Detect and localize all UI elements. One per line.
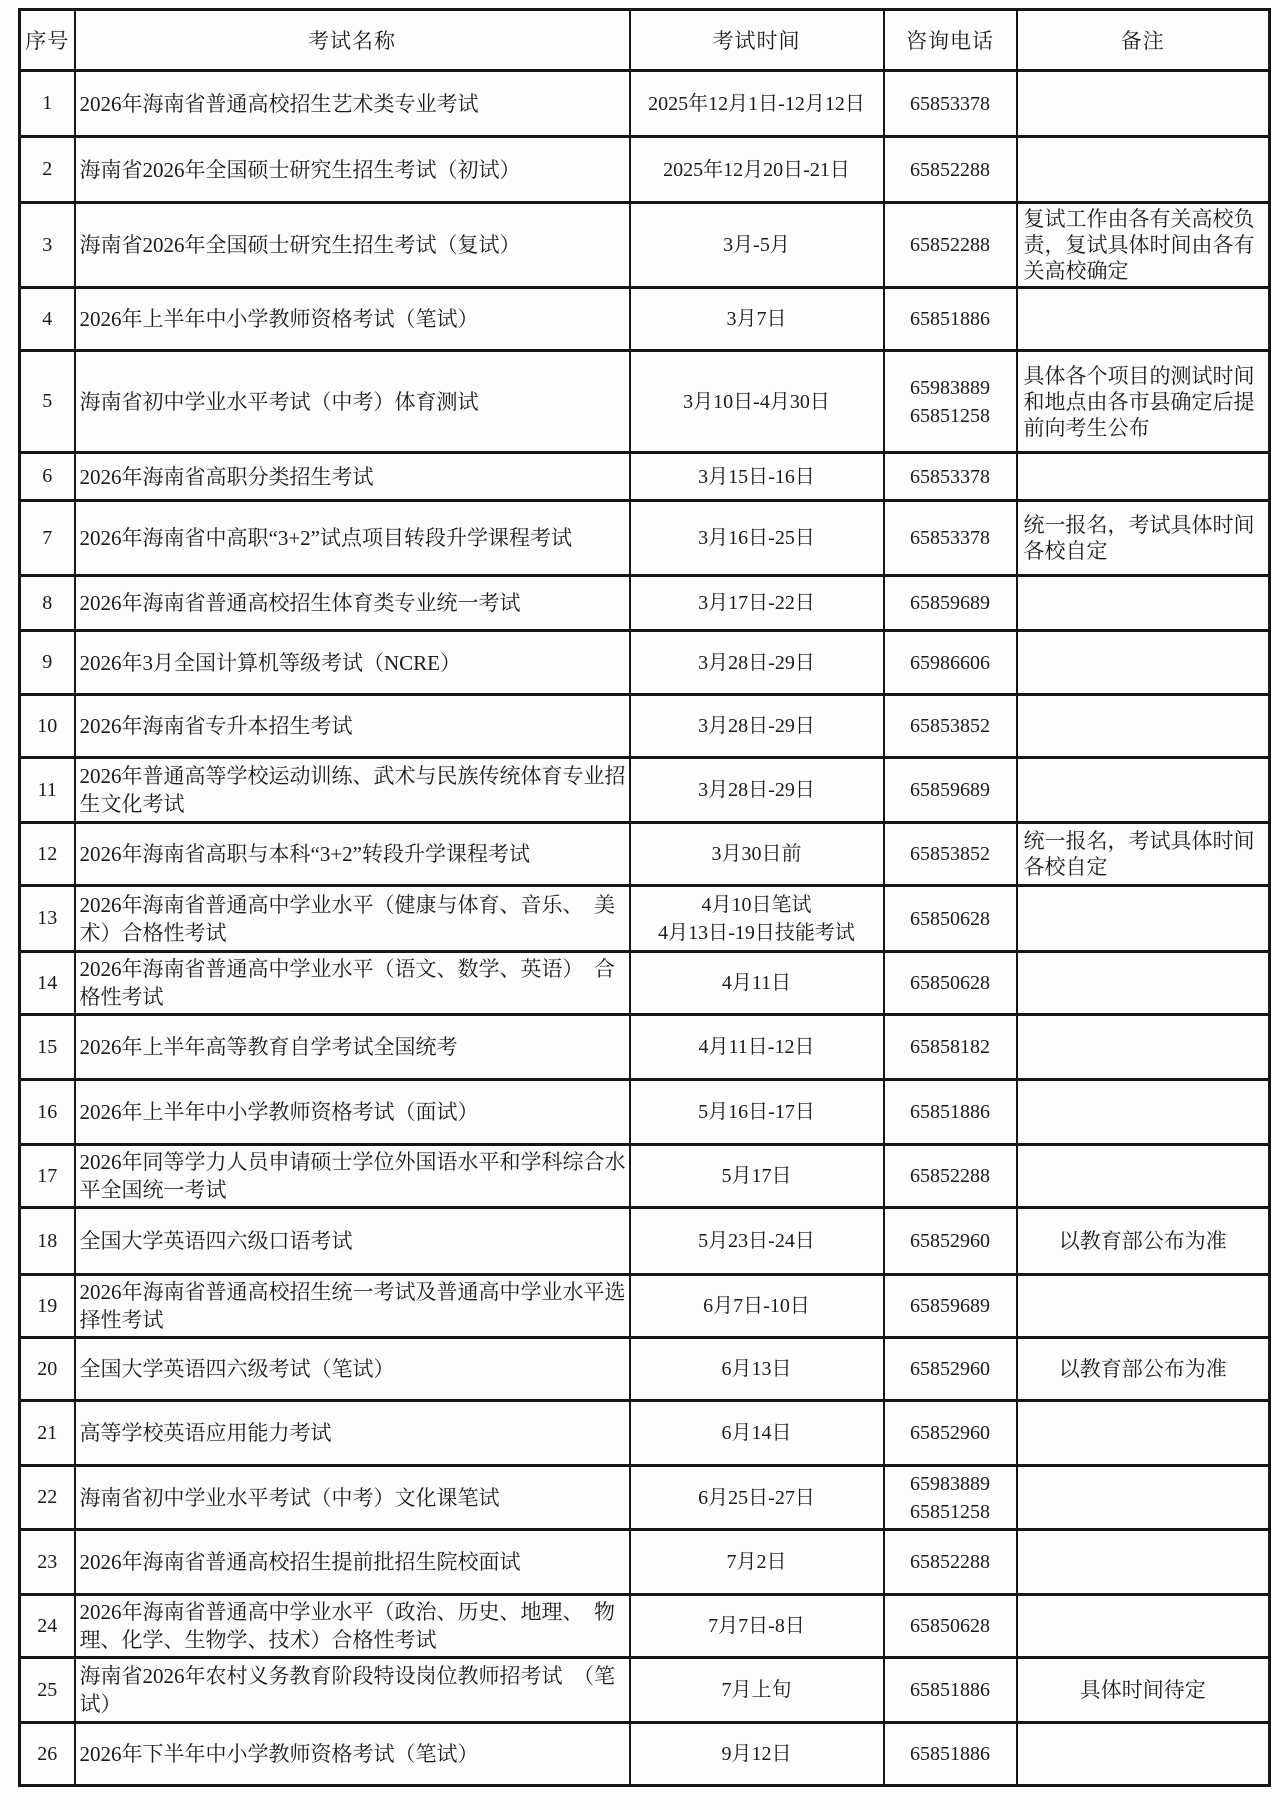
row-number-cell: 6: [20, 453, 75, 501]
table-row: 20全国大学英语四六级考试（笔试）6月13日65852960以教育部公布为准: [20, 1338, 1270, 1401]
exam-time-cell: 5月17日: [630, 1145, 884, 1208]
row-number-cell: 3: [20, 203, 75, 288]
table-header-row: 序号考试名称考试时间咨询电话备注: [20, 10, 1270, 71]
exam-name-cell: 2026年海南省高职分类招生考试: [75, 453, 630, 501]
table-row: 72026年海南省中高职“3+2”试点项目转段升学课程考试3月16日-25日65…: [20, 501, 1270, 576]
phone-cell: 65851886: [884, 1658, 1017, 1723]
exam-time-cell: 3月28日-29日: [630, 631, 884, 695]
exam-name-cell: 2026年海南省中高职“3+2”试点项目转段升学课程考试: [75, 501, 630, 576]
note-cell: 以教育部公布为准: [1017, 1208, 1270, 1275]
table-row: 102026年海南省专升本招生考试3月28日-29日65853852: [20, 695, 1270, 758]
note-cell: 统一报名，考试具体时间各校自定: [1017, 501, 1270, 576]
table-row: 2海南省2026年全国硕士研究生招生考试（初试）2025年12月20日-21日6…: [20, 137, 1270, 203]
exam-time-cell: 6月13日: [630, 1338, 884, 1401]
table-row: 18全国大学英语四六级口语考试5月23日-24日65852960以教育部公布为准: [20, 1208, 1270, 1275]
row-number-cell: 2: [20, 137, 75, 203]
phone-cell: 65859689: [884, 758, 1017, 823]
table-row: 25海南省2026年农村义务教育阶段特设岗位教师招考试 （笔试）7月上旬6585…: [20, 1658, 1270, 1723]
note-cell: 统一报名，考试具体时间各校自定: [1017, 823, 1270, 886]
row-number-cell: 24: [20, 1595, 75, 1658]
phone-cell: 65852960: [884, 1401, 1017, 1466]
row-number-cell: 18: [20, 1208, 75, 1275]
note-cell: [1017, 631, 1270, 695]
exam-time-cell: 2025年12月1日-12月12日: [630, 71, 884, 137]
phone-cell: 65851886: [884, 1723, 1017, 1786]
note-cell: 具体时间待定: [1017, 1658, 1270, 1723]
table-row: 3海南省2026年全国硕士研究生招生考试（复试）3月-5月65852288复试工…: [20, 203, 1270, 288]
row-number-cell: 15: [20, 1015, 75, 1080]
row-number-cell: 19: [20, 1275, 75, 1338]
note-cell: 以教育部公布为准: [1017, 1338, 1270, 1401]
exam-name-cell: 海南省2026年全国硕士研究生招生考试（复试）: [75, 203, 630, 288]
exam-time-cell: 3月16日-25日: [630, 501, 884, 576]
exam-time-cell: 6月7日-10日: [630, 1275, 884, 1338]
phone-cell: 65853378: [884, 501, 1017, 576]
exam-name-cell: 2026年海南省普通高中学业水平（语文、数学、英语） 合格性考试: [75, 952, 630, 1015]
table-row: 62026年海南省高职分类招生考试3月15日-16日65853378: [20, 453, 1270, 501]
phone-cell: 65853852: [884, 695, 1017, 758]
table-row: 242026年海南省普通高中学业水平（政治、历史、地理、 物理、化学、生物学、技…: [20, 1595, 1270, 1658]
exam-time-cell: 4月11日-12日: [630, 1015, 884, 1080]
table-row: 21高等学校英语应用能力考试6月14日65852960: [20, 1401, 1270, 1466]
exam-name-cell: 2026年同等学力人员申请硕士学位外国语水平和学科综合水平全国统一考试: [75, 1145, 630, 1208]
exam-time-cell: 3月28日-29日: [630, 695, 884, 758]
row-number-cell: 4: [20, 288, 75, 351]
note-cell: [1017, 758, 1270, 823]
row-number-cell: 1: [20, 71, 75, 137]
note-cell: [1017, 886, 1270, 952]
exam-time-cell: 7月2日: [630, 1530, 884, 1595]
header-cell-note: 备注: [1017, 10, 1270, 71]
header-cell-phone: 咨询电话: [884, 10, 1017, 71]
exam-name-cell: 2026年海南省高职与本科“3+2”转段升学课程考试: [75, 823, 630, 886]
phone-cell: 65852960: [884, 1208, 1017, 1275]
table-row: 262026年下半年中小学教师资格考试（笔试）9月12日65851886: [20, 1723, 1270, 1786]
table-row: 82026年海南省普通高校招生体育类专业统一考试3月17日-22日6585968…: [20, 576, 1270, 631]
note-cell: [1017, 288, 1270, 351]
note-cell: [1017, 1145, 1270, 1208]
exam-name-cell: 2026年海南省普通高校招生艺术类专业考试: [75, 71, 630, 137]
exam-time-cell: 5月23日-24日: [630, 1208, 884, 1275]
phone-cell: 65851886: [884, 1080, 1017, 1145]
row-number-cell: 17: [20, 1145, 75, 1208]
exam-name-cell: 2026年海南省专升本招生考试: [75, 695, 630, 758]
header-cell-exam-name: 考试名称: [75, 10, 630, 71]
row-number-cell: 9: [20, 631, 75, 695]
exam-name-cell: 海南省2026年农村义务教育阶段特设岗位教师招考试 （笔试）: [75, 1658, 630, 1723]
row-number-cell: 14: [20, 952, 75, 1015]
row-number-cell: 25: [20, 1658, 75, 1723]
table-row: 232026年海南省普通高校招生提前批招生院校面试7月2日65852288: [20, 1530, 1270, 1595]
exam-name-cell: 全国大学英语四六级考试（笔试）: [75, 1338, 630, 1401]
exam-time-cell: 3月-5月: [630, 203, 884, 288]
exam-name-cell: 2026年海南省普通高校招生体育类专业统一考试: [75, 576, 630, 631]
phone-cell: 65852288: [884, 203, 1017, 288]
phone-cell: 65983889 65851258: [884, 351, 1017, 453]
exam-name-cell: 2026年下半年中小学教师资格考试（笔试）: [75, 1723, 630, 1786]
header-cell-exam-time: 考试时间: [630, 10, 884, 71]
exam-time-cell: 4月11日: [630, 952, 884, 1015]
table-header: 序号考试名称考试时间咨询电话备注: [20, 10, 1270, 71]
phone-cell: 65853378: [884, 71, 1017, 137]
note-cell: [1017, 71, 1270, 137]
row-number-cell: 16: [20, 1080, 75, 1145]
exam-name-cell: 海南省初中学业水平考试（中考）体育测试: [75, 351, 630, 453]
note-cell: [1017, 1530, 1270, 1595]
table-row: 112026年普通高等学校运动训练、武术与民族传统体育专业招生文化考试3月28日…: [20, 758, 1270, 823]
table-row: 12026年海南省普通高校招生艺术类专业考试2025年12月1日-12月12日6…: [20, 71, 1270, 137]
exam-time-cell: 3月28日-29日: [630, 758, 884, 823]
note-cell: [1017, 1275, 1270, 1338]
exam-time-cell: 7月7日-8日: [630, 1595, 884, 1658]
phone-cell: 65986606: [884, 631, 1017, 695]
exam-time-cell: 6月14日: [630, 1401, 884, 1466]
note-cell: [1017, 453, 1270, 501]
row-number-cell: 10: [20, 695, 75, 758]
exam-name-cell: 2026年普通高等学校运动训练、武术与民族传统体育专业招生文化考试: [75, 758, 630, 823]
header-cell-no: 序号: [20, 10, 75, 71]
exam-time-cell: 2025年12月20日-21日: [630, 137, 884, 203]
note-cell: [1017, 695, 1270, 758]
phone-cell: 65853378: [884, 453, 1017, 501]
phone-cell: 65850628: [884, 886, 1017, 952]
table-row: 192026年海南省普通高校招生统一考试及普通高中学业水平选择性考试6月7日-1…: [20, 1275, 1270, 1338]
table-row: 162026年上半年中小学教师资格考试（面试）5月16日-17日65851886: [20, 1080, 1270, 1145]
row-number-cell: 20: [20, 1338, 75, 1401]
phone-cell: 65852288: [884, 1530, 1017, 1595]
table-row: 142026年海南省普通高中学业水平（语文、数学、英语） 合格性考试4月11日6…: [20, 952, 1270, 1015]
exam-time-cell: 3月30日前: [630, 823, 884, 886]
exam-name-cell: 2026年海南省普通高校招生提前批招生院校面试: [75, 1530, 630, 1595]
phone-cell: 65851886: [884, 288, 1017, 351]
row-number-cell: 13: [20, 886, 75, 952]
row-number-cell: 5: [20, 351, 75, 453]
row-number-cell: 11: [20, 758, 75, 823]
note-cell: [1017, 1595, 1270, 1658]
phone-cell: 65858182: [884, 1015, 1017, 1080]
exam-time-cell: 3月7日: [630, 288, 884, 351]
row-number-cell: 12: [20, 823, 75, 886]
document-page: 序号考试名称考试时间咨询电话备注 12026年海南省普通高校招生艺术类专业考试2…: [0, 0, 1280, 1810]
row-number-cell: 23: [20, 1530, 75, 1595]
exam-name-cell: 全国大学英语四六级口语考试: [75, 1208, 630, 1275]
table-row: 132026年海南省普通高中学业水平（健康与体育、音乐、 美术）合格性考试4月1…: [20, 886, 1270, 952]
table-row: 152026年上半年高等教育自学考试全国统考4月11日-12日65858182: [20, 1015, 1270, 1080]
table-row: 172026年同等学力人员申请硕士学位外国语水平和学科综合水平全国统一考试5月1…: [20, 1145, 1270, 1208]
exam-name-cell: 2026年上半年中小学教师资格考试（笔试）: [75, 288, 630, 351]
table-row: 42026年上半年中小学教师资格考试（笔试）3月7日65851886: [20, 288, 1270, 351]
phone-cell: 65853852: [884, 823, 1017, 886]
exam-time-cell: 3月17日-22日: [630, 576, 884, 631]
exam-time-cell: 7月上旬: [630, 1658, 884, 1723]
note-cell: 具体各个项目的测试时间和地点由各市县确定后提前向考生公布: [1017, 351, 1270, 453]
phone-cell: 65852960: [884, 1338, 1017, 1401]
exam-name-cell: 2026年3月全国计算机等级考试（NCRE）: [75, 631, 630, 695]
phone-cell: 65983889 65851258: [884, 1466, 1017, 1530]
exam-name-cell: 高等学校英语应用能力考试: [75, 1401, 630, 1466]
note-cell: [1017, 1401, 1270, 1466]
note-cell: [1017, 1466, 1270, 1530]
exam-name-cell: 2026年海南省普通高校招生统一考试及普通高中学业水平选择性考试: [75, 1275, 630, 1338]
note-cell: 复试工作由各有关高校负责，复试具体时间由各有关高校确定: [1017, 203, 1270, 288]
table-row: 5海南省初中学业水平考试（中考）体育测试3月10日-4月30日65983889 …: [20, 351, 1270, 453]
table-body: 12026年海南省普通高校招生艺术类专业考试2025年12月1日-12月12日6…: [20, 71, 1270, 1786]
table-row: 92026年3月全国计算机等级考试（NCRE）3月28日-29日65986606: [20, 631, 1270, 695]
phone-cell: 65850628: [884, 952, 1017, 1015]
exam-name-cell: 海南省初中学业水平考试（中考）文化课笔试: [75, 1466, 630, 1530]
exam-name-cell: 2026年海南省普通高中学业水平（政治、历史、地理、 物理、化学、生物学、技术）…: [75, 1595, 630, 1658]
exam-time-cell: 5月16日-17日: [630, 1080, 884, 1145]
exam-name-cell: 海南省2026年全国硕士研究生招生考试（初试）: [75, 137, 630, 203]
exam-time-cell: 9月12日: [630, 1723, 884, 1786]
exam-name-cell: 2026年海南省普通高中学业水平（健康与体育、音乐、 美术）合格性考试: [75, 886, 630, 952]
note-cell: [1017, 137, 1270, 203]
note-cell: [1017, 1015, 1270, 1080]
note-cell: [1017, 1080, 1270, 1145]
exam-time-cell: 3月15日-16日: [630, 453, 884, 501]
row-number-cell: 22: [20, 1466, 75, 1530]
row-number-cell: 7: [20, 501, 75, 576]
exam-name-cell: 2026年上半年中小学教师资格考试（面试）: [75, 1080, 630, 1145]
exam-time-cell: 4月10日笔试 4月13日-19日技能考试: [630, 886, 884, 952]
table-row: 122026年海南省高职与本科“3+2”转段升学课程考试3月30日前658538…: [20, 823, 1270, 886]
exam-time-cell: 3月10日-4月30日: [630, 351, 884, 453]
row-number-cell: 8: [20, 576, 75, 631]
note-cell: [1017, 576, 1270, 631]
phone-cell: 65852288: [884, 1145, 1017, 1208]
note-cell: [1017, 952, 1270, 1015]
phone-cell: 65850628: [884, 1595, 1017, 1658]
row-number-cell: 26: [20, 1723, 75, 1786]
phone-cell: 65859689: [884, 1275, 1017, 1338]
exam-schedule-table: 序号考试名称考试时间咨询电话备注 12026年海南省普通高校招生艺术类专业考试2…: [18, 8, 1271, 1787]
row-number-cell: 21: [20, 1401, 75, 1466]
table-row: 22海南省初中学业水平考试（中考）文化课笔试6月25日-27日65983889 …: [20, 1466, 1270, 1530]
phone-cell: 65852288: [884, 137, 1017, 203]
exam-name-cell: 2026年上半年高等教育自学考试全国统考: [75, 1015, 630, 1080]
exam-time-cell: 6月25日-27日: [630, 1466, 884, 1530]
note-cell: [1017, 1723, 1270, 1786]
phone-cell: 65859689: [884, 576, 1017, 631]
